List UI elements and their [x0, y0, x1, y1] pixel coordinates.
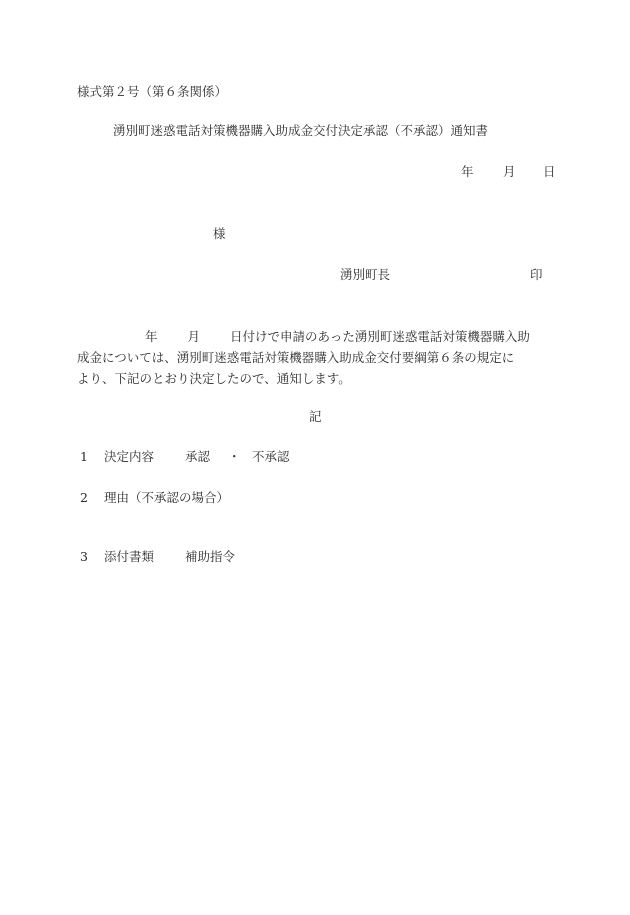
- form-number: 様式第２号（第６条関係）: [77, 84, 227, 100]
- body-month: 月: [188, 329, 201, 344]
- body-year: 年: [145, 329, 158, 344]
- date-year: 年: [461, 164, 474, 180]
- item-3-number: 3: [80, 549, 88, 565]
- date-month: 月: [503, 164, 516, 180]
- seal-mark: 印: [530, 267, 543, 283]
- recipient-suffix: 様: [213, 226, 226, 242]
- ki-heading: 記: [309, 409, 322, 425]
- body-line-3: より、下記のとおり決定したので、通知します。: [77, 368, 557, 389]
- sender-name: 湧別町長: [340, 267, 390, 283]
- item-3-value: 補助指令: [185, 549, 235, 565]
- document-title: 湧別町迷惑電話対策機器購入助成金交付決定承認（不承認）通知書: [113, 123, 488, 139]
- item-1-disapprove: 不承認: [252, 449, 290, 465]
- item-1-separator: ・: [228, 449, 241, 465]
- item-1-approve: 承認: [185, 449, 210, 465]
- body-line-1: 年月日付けで申請のあった湧別町迷惑電話対策機器購入助: [77, 326, 557, 347]
- item-1-label: 決定内容: [104, 449, 154, 465]
- body-line-2: 成金については、湧別町迷惑電話対策機器購入助成金交付要綱第６条の規定に: [77, 347, 557, 368]
- body-paragraph: 年月日付けで申請のあった湧別町迷惑電話対策機器購入助 成金については、湧別町迷惑…: [77, 326, 557, 389]
- item-2-number: 2: [80, 490, 88, 506]
- item-2-label: 理由（不承認の場合）: [104, 490, 229, 506]
- body-line-1-text: 日付けで申請のあった湧別町迷惑電話対策機器購入助: [230, 329, 530, 344]
- date-day: 日: [543, 164, 556, 180]
- item-3-label: 添付書類: [104, 549, 154, 565]
- item-1-number: 1: [80, 449, 88, 465]
